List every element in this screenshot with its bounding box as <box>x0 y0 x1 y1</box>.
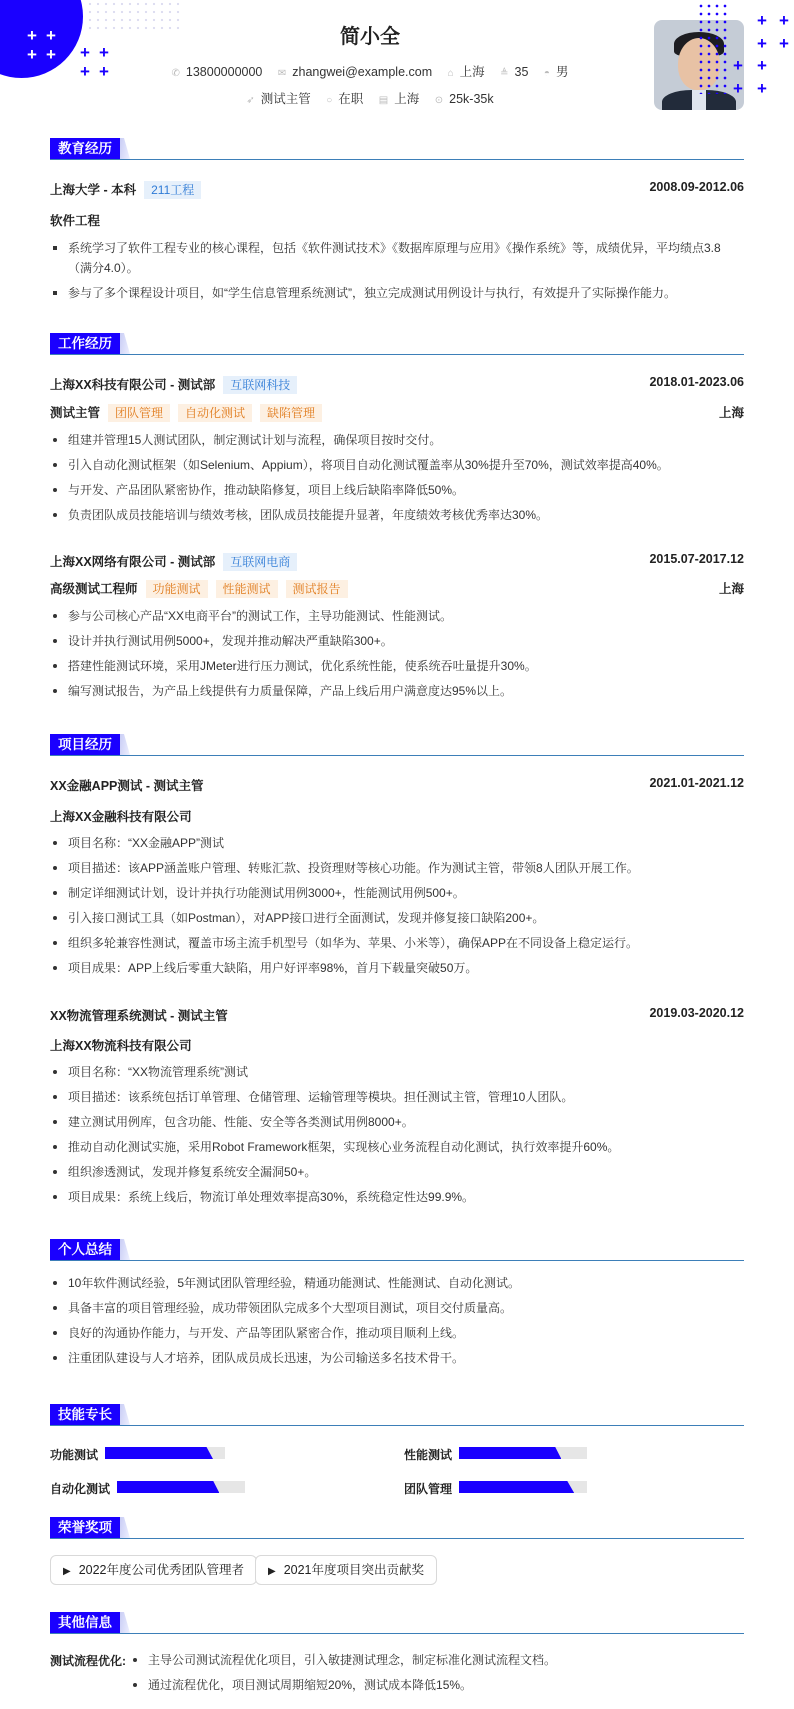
company-name: 上海XX网络有限公司 - 测试部 <box>50 555 215 569</box>
contact-phone: ✆13800000000 <box>172 65 263 79</box>
project-name: XX物流管理系统测试 - 测试主管 <box>50 1006 228 1024</box>
job-period: 2018.01-2023.06 <box>649 375 744 389</box>
school-name: 上海大学 - 本科 <box>50 183 136 197</box>
section-summary: 个人总结 10年软件测试经验，5年测试团队管理经验，精通功能测试、性能测试、自动… <box>50 1239 744 1261</box>
list-item: 制定详细测试计划，设计并执行功能测试用例3000+，性能测试用例500+。 <box>50 883 744 903</box>
section-work: 工作经历 上海XX科技有限公司 - 测试部互联网科技 2018.01-2023.… <box>50 333 744 355</box>
list-item: 项目名称：“XX金融APP”测试 <box>50 833 744 853</box>
age-icon: ≜ <box>500 68 508 79</box>
section-title: 荣誉奖项 <box>50 1517 120 1538</box>
list-item: 注重团队建设与人才培养，团队成员成长迅速，为公司输送多名技术骨干。 <box>50 1348 744 1368</box>
plus-icon: + <box>757 35 767 52</box>
section-title: 个人总结 <box>50 1239 120 1260</box>
contact-location: ⌂上海 <box>448 62 485 80</box>
industry-tag: 互联网电商 <box>223 553 297 571</box>
list-item: 搭建性能测试环境，采用JMeter进行压力测试，优化系统性能，使系统吞吐量提升3… <box>50 656 744 676</box>
skill-tag: 缺陷管理 <box>260 404 322 422</box>
mail-icon: ✉ <box>278 68 286 79</box>
company-name: 上海XX科技有限公司 - 测试部 <box>50 378 215 392</box>
plus-icon: + <box>779 12 789 29</box>
skill-bar: 团队管理 <box>404 1481 704 1495</box>
skill-tag: 功能测试 <box>146 580 208 598</box>
list-item: 引入接口测试工具（如Postman），对APP接口进行全面测试，发现并修复接口缺… <box>50 908 744 928</box>
skill-name: 自动化测试 <box>50 1480 110 1497</box>
list-item: 良好的沟通协作能力，与开发、产品等团队紧密合作，推动项目顺利上线。 <box>50 1323 744 1343</box>
section-projects: 项目经历 XX金融APP测试 - 测试主管 2021.01-2021.12 上海… <box>50 734 744 756</box>
job-role: 高级测试工程师 <box>50 582 138 596</box>
candidate-name: 简小全 <box>0 20 740 49</box>
plus-icon: + <box>733 80 743 97</box>
contact-info-row: ✆13800000000 ✉zhangwei@example.com ⌂上海 ≜… <box>0 62 740 80</box>
award-item: ▶2021年度项目突出贡献奖 <box>255 1555 437 1585</box>
section-awards: 荣誉奖项 ▶2022年度公司优秀团队管理者 ▶2021年度项目突出贡献奖 <box>50 1517 744 1539</box>
section-other: 其他信息 测试流程优化: 主导公司测试流程优化项目，引入敏捷测试理念，制定标准化… <box>50 1612 744 1634</box>
list-item: 引入自动化测试框架（如Selenium、Appium），将项目自动化测试覆盖率从… <box>50 455 744 475</box>
plus-icon: + <box>757 80 767 97</box>
list-item: 组织渗透测试，发现并修复系统安全漏洞50+。 <box>50 1162 744 1182</box>
job-city: ▤上海 <box>379 89 419 107</box>
contact-email: ✉zhangwei@example.com <box>278 65 432 79</box>
job-bullets: 组建并管理15人测试团队，制定测试计划与流程，确保项目按时交付。 引入自动化测试… <box>50 430 744 530</box>
list-item: 主导公司测试流程优化项目，引入敏捷测试理念，制定标准化测试流程文档。 <box>130 1650 744 1670</box>
education-period: 2008.09-2012.06 <box>649 180 744 194</box>
section-title: 项目经历 <box>50 734 120 755</box>
list-item: 建立测试用例库，包含功能、性能、安全等各类测试用例8000+。 <box>50 1112 744 1132</box>
list-item: 组织多轮兼容性测试，覆盖市场主流手机型号（如华为、苹果、小米等），确保APP在不… <box>50 933 744 953</box>
list-item: 与开发、产品团队紧密协作，推动缺陷修复，项目上线后缺陷率降低50%。 <box>50 480 744 500</box>
skill-tag: 性能测试 <box>216 580 278 598</box>
skill-name: 功能测试 <box>50 1446 98 1463</box>
section-education: 教育经历 上海大学 - 本科211工程 2008.09-2012.06 软件工程… <box>50 138 744 160</box>
job-bullets: 参与公司核心产品“XX电商平台”的测试工作，主导功能测试、性能测试。 设计并执行… <box>50 606 744 706</box>
phone-icon: ✆ <box>172 68 180 79</box>
triangle-right-icon: ▶ <box>268 1566 276 1577</box>
job-period: 2015.07-2017.12 <box>649 552 744 566</box>
triangle-right-icon: ▶ <box>63 1566 71 1577</box>
job-position: ➶测试主管 <box>246 89 310 107</box>
list-item: 具备丰富的项目管理经验，成功带领团队完成多个大型项目测试，项目交付质量高。 <box>50 1298 744 1318</box>
status-icon: ○ <box>326 95 332 106</box>
section-title: 工作经历 <box>50 333 120 354</box>
other-label: 测试流程优化: <box>50 1652 126 1669</box>
plus-icon: + <box>733 57 743 74</box>
list-item: 负责团队成员技能培训与绩效考核，团队成员技能提升显著，年度绩效考核优秀率达30%… <box>50 505 744 525</box>
skill-bar: 自动化测试 <box>50 1481 350 1495</box>
list-item: 项目名称：“XX物流管理系统”测试 <box>50 1062 744 1082</box>
section-skills: 技能专长 功能测试 性能测试 自动化测试 团队管理 <box>50 1404 744 1426</box>
list-item: 项目描述：该APP涵盖账户管理、转账汇款、投资理财等核心功能。作为测试主管，带领… <box>50 858 744 878</box>
skill-name: 性能测试 <box>404 1446 452 1463</box>
project-period: 2019.03-2020.12 <box>649 1006 744 1020</box>
list-item: 系统学习了软件工程专业的核心课程，包括《软件测试技术》《数据库原理与应用》《操作… <box>50 238 744 278</box>
skill-bar: 性能测试 <box>404 1447 704 1461</box>
major: 软件工程 <box>50 211 100 229</box>
list-item: 组建并管理15人测试团队，制定测试计划与流程，确保项目按时交付。 <box>50 430 744 450</box>
job-status: ○在职 <box>326 89 363 107</box>
building-icon: ▤ <box>379 95 388 106</box>
project-company: 上海XX金融科技有限公司 <box>50 807 192 825</box>
section-title: 技能专长 <box>50 1404 120 1425</box>
section-title: 其他信息 <box>50 1612 120 1633</box>
school-tag: 211工程 <box>144 181 201 199</box>
skill-name: 团队管理 <box>404 1480 452 1497</box>
plus-icon: + <box>779 35 789 52</box>
education-bullets: 系统学习了软件工程专业的核心课程，包括《软件测试技术》《数据库原理与应用》《操作… <box>50 238 744 308</box>
list-item: 参与公司核心产品“XX电商平台”的测试工作，主导功能测试、性能测试。 <box>50 606 744 626</box>
home-icon: ⌂ <box>448 68 454 79</box>
job-intent-row: ➶测试主管 ○在职 ▤上海 ⊙25k-35k <box>0 89 740 107</box>
job-salary: ⊙25k-35k <box>435 92 494 106</box>
project-bullets: 项目名称：“XX物流管理系统”测试 项目描述：该系统包括订单管理、仓储管理、运输… <box>50 1062 744 1212</box>
resume-header: 简小全 ✆13800000000 ✉zhangwei@example.com ⌂… <box>0 0 794 120</box>
summary-bullets: 10年软件测试经验，5年测试团队管理经验，精通功能测试、性能测试、自动化测试。 … <box>50 1273 744 1373</box>
plus-icon: + <box>757 57 767 74</box>
award-item: ▶2022年度公司优秀团队管理者 <box>50 1555 257 1585</box>
plus-icon: + <box>757 12 767 29</box>
contact-age: ≜35 <box>500 65 528 79</box>
other-bullets: 主导公司测试流程优化项目，引入敏捷测试理念，制定标准化测试流程文档。 通过流程优… <box>130 1650 744 1700</box>
project-bullets: 项目名称：“XX金融APP”测试 项目描述：该APP涵盖账户管理、转账汇款、投资… <box>50 833 744 983</box>
list-item: 项目描述：该系统包括订单管理、仓储管理、运输管理等模块。担任测试主管，管理10人… <box>50 1087 744 1107</box>
list-item: 项目成果：系统上线后，物流订单处理效率提高30%，系统稳定性达99.9%。 <box>50 1187 744 1207</box>
job-city: 上海 <box>719 403 744 421</box>
contact-gender: ◓男 <box>544 62 569 80</box>
job-city: 上海 <box>719 579 744 597</box>
industry-tag: 互联网科技 <box>223 376 297 394</box>
project-period: 2021.01-2021.12 <box>649 776 744 790</box>
project-company: 上海XX物流科技有限公司 <box>50 1036 192 1054</box>
skill-tag: 团队管理 <box>108 404 170 422</box>
list-item: 参与了多个课程设计项目，如“学生信息管理系统测试”，独立完成测试用例设计与执行，… <box>50 283 744 303</box>
job-role: 测试主管 <box>50 406 100 420</box>
list-item: 通过流程优化，项目测试周期缩短20%，测试成本降低15%。 <box>130 1675 744 1695</box>
decorative-dot-grid <box>697 2 729 94</box>
section-title: 教育经历 <box>50 138 120 159</box>
skill-bar: 功能测试 <box>50 1447 350 1461</box>
list-item: 推动自动化测试实施，采用Robot Framework框架，实现核心业务流程自动… <box>50 1137 744 1157</box>
salary-icon: ⊙ <box>435 95 443 106</box>
list-item: 10年软件测试经验，5年测试团队管理经验，精通功能测试、性能测试、自动化测试。 <box>50 1273 744 1293</box>
skill-tag: 测试报告 <box>286 580 348 598</box>
list-item: 编写测试报告，为产品上线提供有力质量保障，产品上线后用户满意度达95%以上。 <box>50 681 744 701</box>
send-icon: ➶ <box>246 95 254 106</box>
list-item: 项目成果：APP上线后零重大缺陷，用户好评率98%，首月下载量突破50万。 <box>50 958 744 978</box>
skill-tag: 自动化测试 <box>178 404 252 422</box>
gender-icon: ◓ <box>544 68 550 79</box>
project-name: XX金融APP测试 - 测试主管 <box>50 776 204 794</box>
list-item: 设计并执行测试用例5000+，发现并推动解决严重缺陷300+。 <box>50 631 744 651</box>
